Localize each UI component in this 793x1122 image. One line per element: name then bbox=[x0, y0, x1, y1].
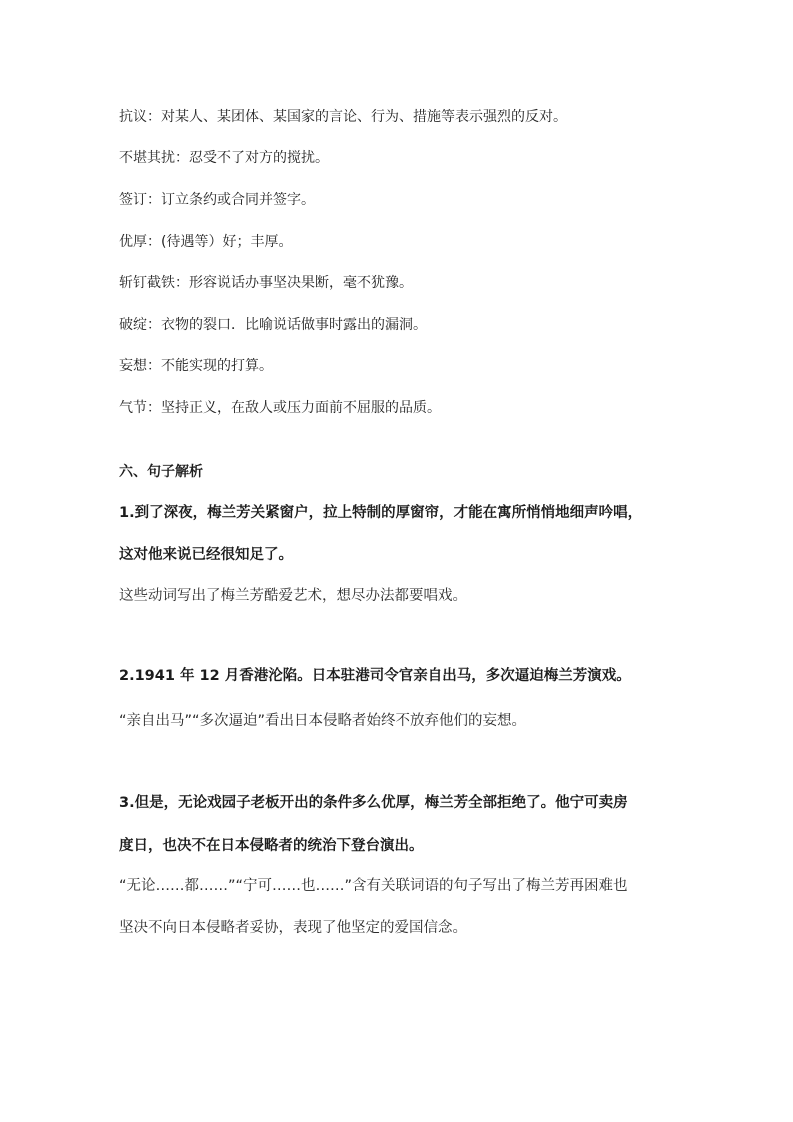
definition-line: 妄想：不能实现的打算。 bbox=[119, 356, 273, 376]
definition-line: 破绽：衣物的裂口．比喻说话做事时露出的漏洞。 bbox=[119, 315, 427, 335]
sentence-text: 3.但是，无论戏园子老板开出的条件多么优厚，梅兰芳全部拒绝了。他宁可卖房 bbox=[119, 793, 628, 813]
definition-line: 签订：订立条约或合同并签字。 bbox=[119, 190, 315, 210]
sentence-text: 这对他来说已经很知足了。 bbox=[119, 545, 293, 565]
sentence-text: 度日，也决不在日本侵略者的统治下登台演出。 bbox=[119, 836, 424, 856]
definition-line: 优厚：(待遇等）好；丰厚。 bbox=[119, 232, 292, 252]
explanation-text: 这些动词写出了梅兰芳酷爱艺术，想尽办法都要唱戏。 bbox=[119, 586, 467, 606]
definition-line: 抗议：对某人、某团体、某国家的言论、行为、措施等表示强烈的反对。 bbox=[119, 107, 567, 127]
explanation-text: “无论……都……”“宁可……也……”含有关联词语的句子写出了梅兰芳再困难也 bbox=[119, 876, 628, 896]
section-heading: 六、句子解析 bbox=[119, 462, 203, 482]
definition-line: 不堪其扰：忍受不了对方的搅扰。 bbox=[119, 148, 329, 168]
sentence-text: 1.到了深夜，梅兰芳关紧窗户，拉上特制的厚窗帘，才能在寓所悄悄地细声吟唱， bbox=[119, 503, 642, 523]
explanation-text: 坚决不向日本侵略者妥协，表现了他坚定的爱国信念。 bbox=[119, 918, 467, 938]
explanation-text: “亲自出马”“多次逼迫”看出日本侵略者始终不放弃他们的妄想。 bbox=[119, 711, 526, 731]
sentence-text: 2.1941 年 12 月香港沦陷。日本驻港司令官亲自出马，多次逼迫梅兰芳演戏。 bbox=[119, 666, 631, 686]
definition-line: 斩钉截铁：形容说话办事坚决果断，毫不犹豫。 bbox=[119, 273, 413, 293]
definition-line: 气节：坚持正义，在敌人或压力面前不屈服的品质。 bbox=[119, 398, 441, 418]
